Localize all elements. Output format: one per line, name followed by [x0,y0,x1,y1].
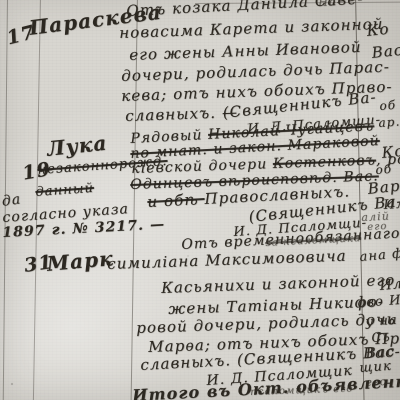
right-column-fragment-1: Ко [366,22,390,39]
manuscript-page: Но-17ПараскеваОтъ козака Даніила Саве-но… [0,0,400,400]
entry19-name: Лука [46,133,108,159]
right-column-fragment-2: Вас [371,43,400,61]
right-column-fragment-12: Ил [379,277,400,293]
column-rule-2 [33,0,41,400]
entry19-line5-segment: и обѣ [147,190,205,211]
right-column-fragment-10: его [367,222,388,233]
entry31-name: Марк [46,248,115,274]
right-column-fragment-7: Вар [367,179,400,197]
right-column-fragment-13: ово И [357,294,400,310]
right-column-fragment-6: об [375,163,393,176]
right-column-fragment-18: его [365,376,388,388]
right-column-fragment-17: щик [359,360,392,375]
entry31-line1: симиліана Максимововича [107,249,347,272]
right-column-fragment-3: об [379,99,397,112]
right-column-fragment-4: ар. [378,115,400,129]
right-column-fragment-5: Ко [381,144,400,161]
entry19-name-struck2: данный [35,182,94,199]
entry19-margin-line1: да [1,192,22,209]
right-column-fragment-14: у на [365,314,398,329]
right-column-fragment-15: Сь [371,331,391,345]
right-column-fragment-11: ана ф [359,247,400,264]
